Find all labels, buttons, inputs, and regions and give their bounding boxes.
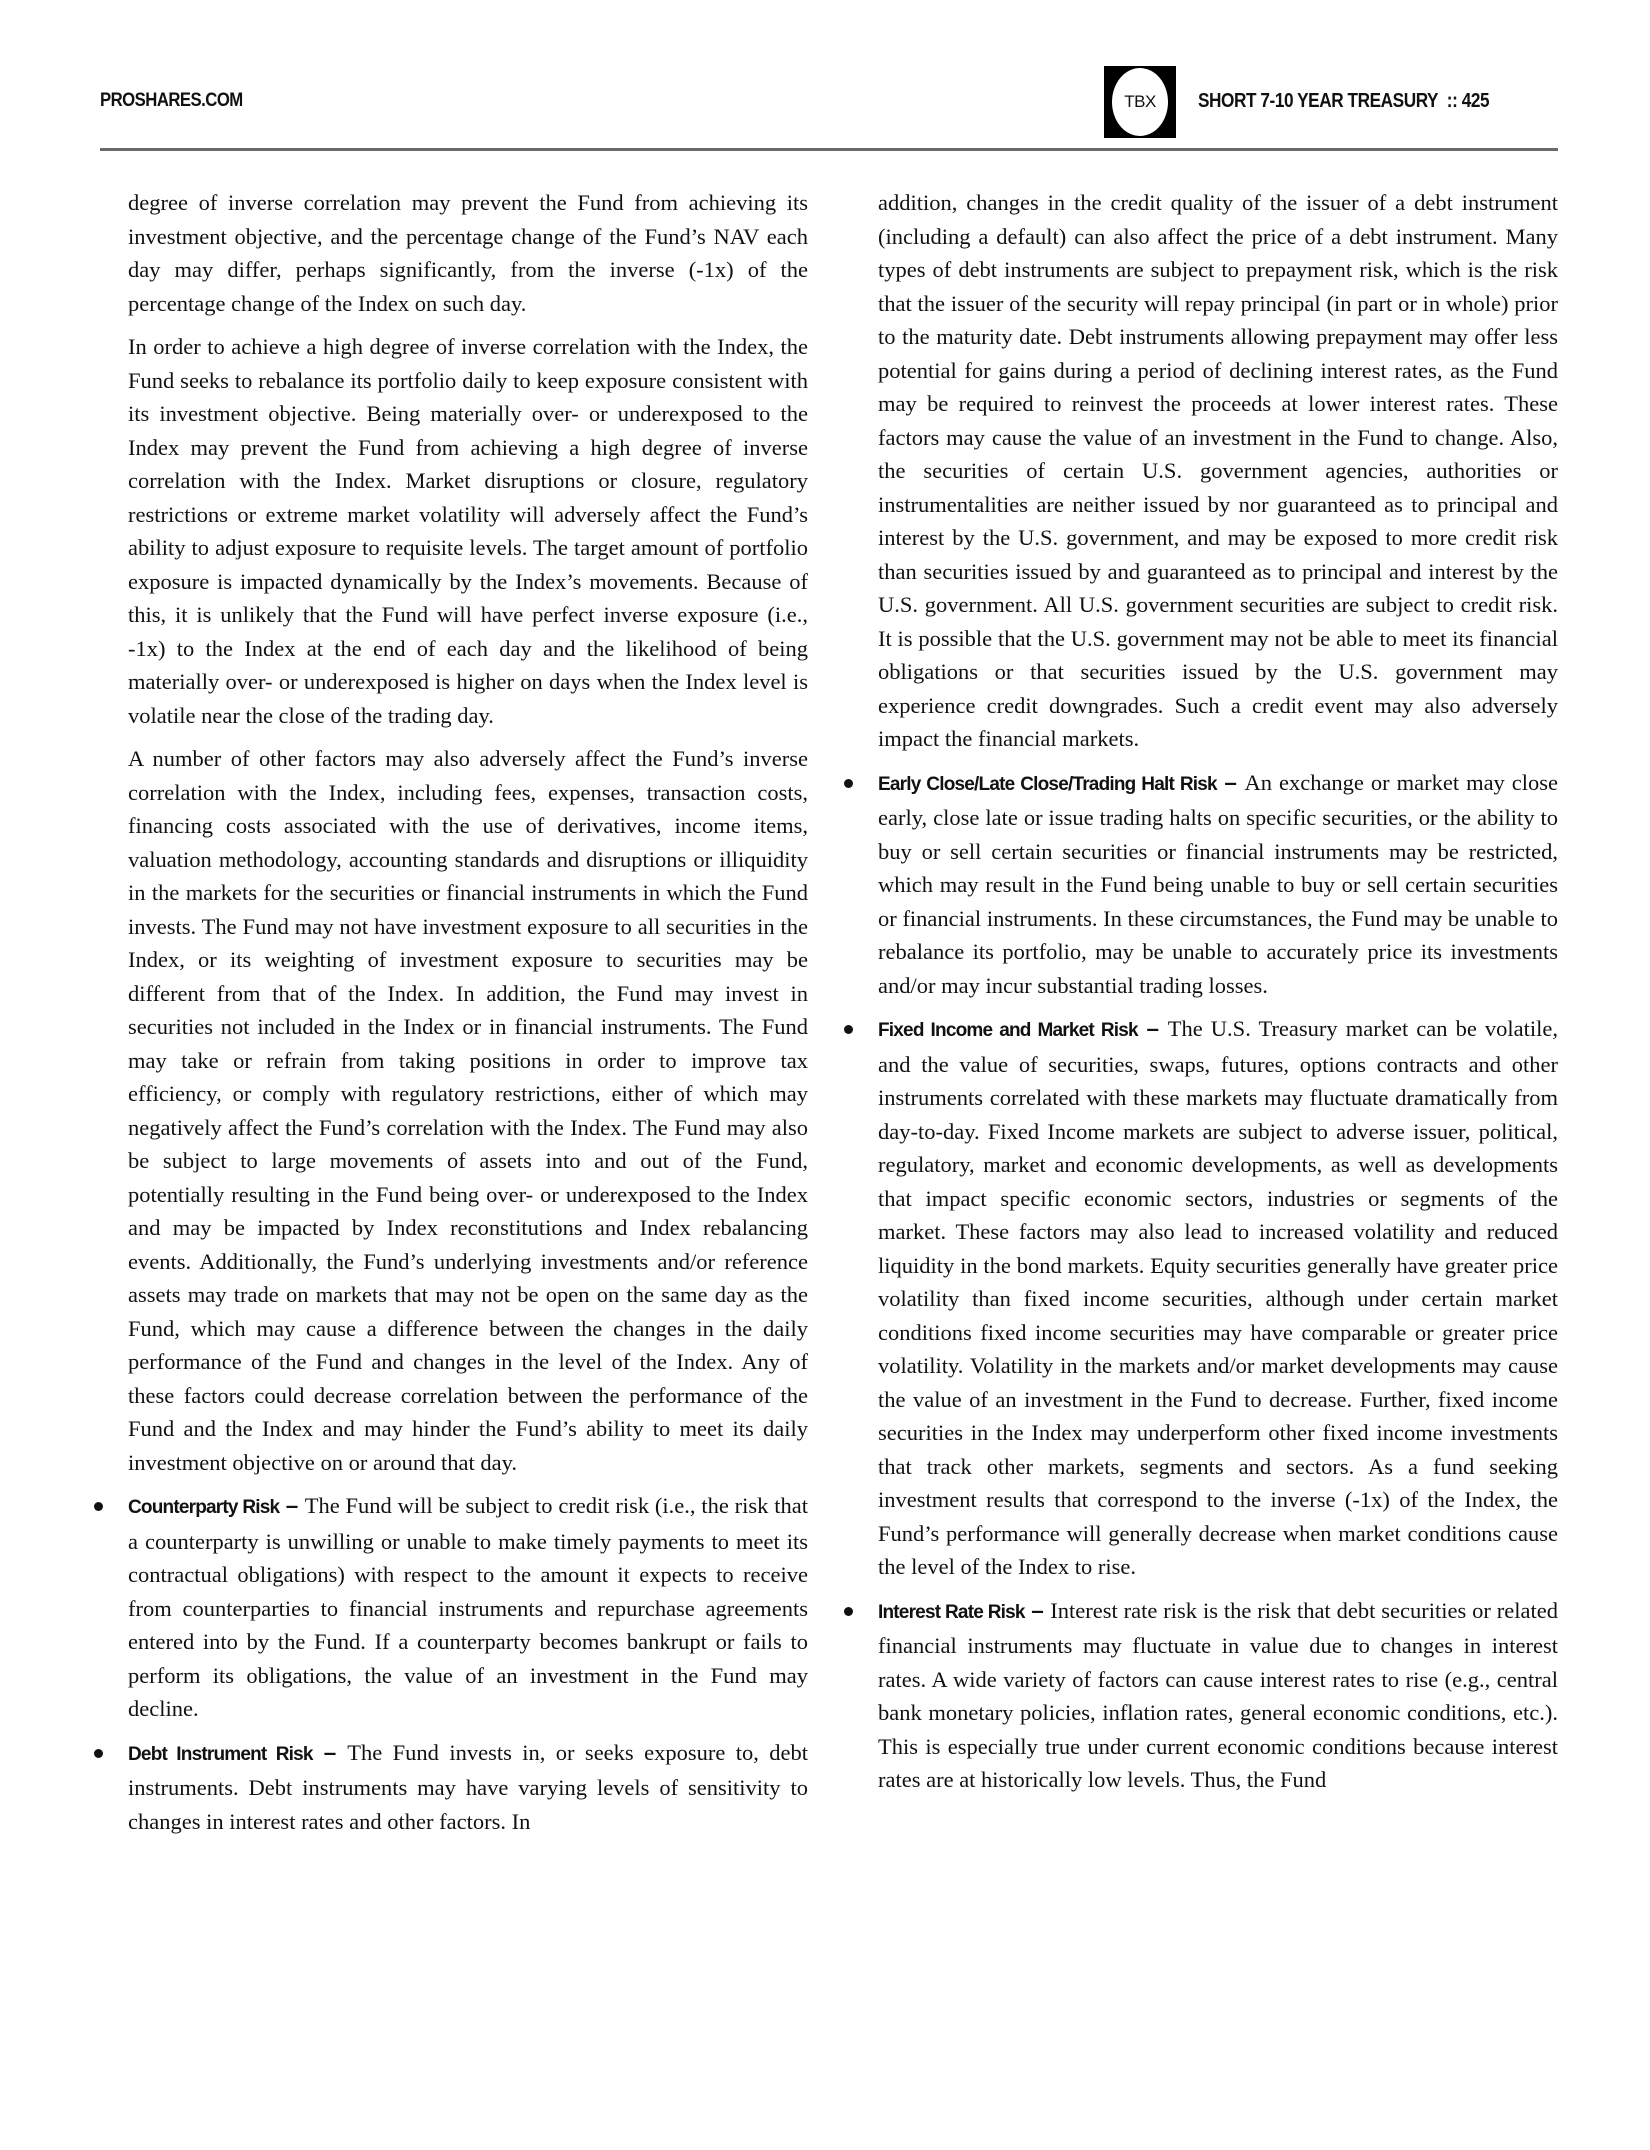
bullet-icon (94, 1749, 103, 1758)
paragraph: degree of inverse correlation may preven… (128, 186, 808, 320)
right-column: addition, changes in the credit quality … (878, 186, 1558, 1807)
title-separator: :: (1447, 90, 1458, 112)
bullet-fixed-income-market-risk: Fixed Income and Market Risk – The U.S. … (878, 1012, 1558, 1584)
header-rule (100, 148, 1558, 151)
bullet-dash: – (1217, 770, 1245, 795)
bullet-interest-rate-risk: Interest Rate Risk – Interest rate risk … (878, 1594, 1558, 1797)
paragraph: In order to achieve a high degree of inv… (128, 330, 808, 732)
ticker-label: TBX (1112, 68, 1168, 136)
bullet-text: The Fund will be subject to credit risk … (128, 1493, 808, 1721)
page-number: 425 (1462, 90, 1489, 112)
bullet-debt-instrument-risk: Debt Instrument Risk – The Fund invests … (128, 1736, 808, 1839)
bullet-dash: – (1025, 1598, 1051, 1623)
bullet-text: An exchange or market may close early, c… (878, 770, 1558, 998)
bullet-counterparty-risk: Counterparty Risk – The Fund will be sub… (128, 1489, 808, 1726)
paragraph: A number of other factors may also adver… (128, 742, 808, 1479)
running-title: SHORT 7-10 YEAR TREASURY :: 425 (1198, 90, 1489, 113)
bullet-dash: – (313, 1740, 348, 1765)
bullet-term: Interest Rate Risk (878, 1602, 1025, 1623)
bullet-icon (844, 779, 853, 788)
bullet-early-close-risk: Early Close/Late Close/Trading Halt Risk… (878, 766, 1558, 1003)
left-column: degree of inverse correlation may preven… (128, 186, 808, 1848)
bullet-icon (844, 1025, 853, 1034)
bullet-dash: – (1138, 1016, 1168, 1041)
bullet-term: Early Close/Late Close/Trading Halt Risk (878, 774, 1217, 795)
bullet-icon (94, 1502, 103, 1511)
site-name: PROSHARES.COM (100, 90, 243, 112)
paragraph-continuation: addition, changes in the credit quality … (878, 186, 1558, 756)
bullet-term: Fixed Income and Market Risk (878, 1020, 1138, 1041)
fund-name: SHORT 7-10 YEAR TREASURY (1198, 90, 1438, 112)
bullet-text: Interest rate risk is the risk that debt… (878, 1598, 1558, 1793)
bullet-icon (844, 1607, 853, 1616)
bullet-term: Counterparty Risk (128, 1497, 279, 1518)
bullet-text: The U.S. Treasury market can be volatile… (878, 1016, 1558, 1579)
bullet-dash: – (279, 1493, 304, 1518)
ticker-badge: TBX (1104, 66, 1176, 138)
bullet-term: Debt Instrument Risk (128, 1744, 313, 1765)
